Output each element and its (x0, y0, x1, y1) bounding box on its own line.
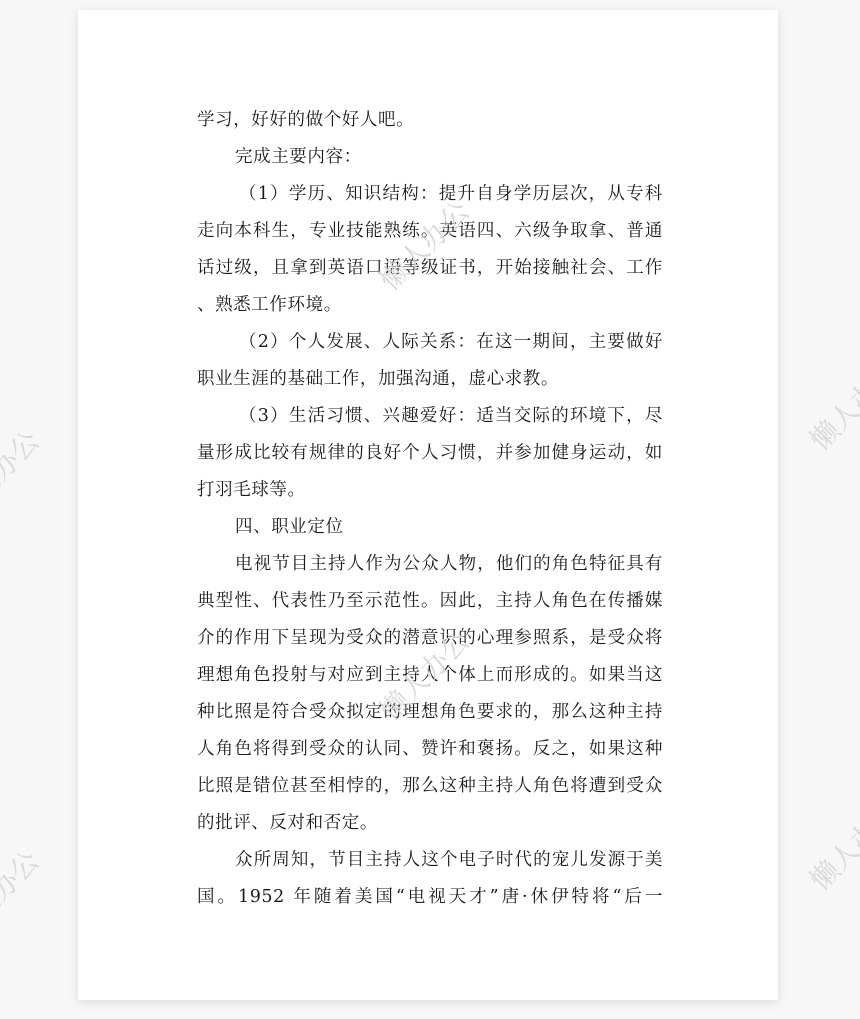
text-line: 四、职业定位 (197, 509, 663, 546)
text-line: 电视节目主持人作为公众人物，他们的角色特征具有 (197, 546, 663, 583)
text-line: 打羽毛球等。 (197, 472, 663, 509)
watermark-text: 懒人办公 (800, 351, 860, 458)
text-line: 介的作用下呈现为受众的潜意识的心理参照系，是受众将 (197, 620, 663, 657)
watermark-text: 懒人办公 (0, 841, 47, 948)
text-line: 、熟悉工作环境。 (197, 287, 663, 324)
text-line: （1）学历、知识结构：提升自身学历层次，从专科 (197, 176, 663, 213)
watermark-text: 懒人办公 (800, 791, 860, 898)
text-line: 人角色将得到受众的认同、赞许和褒扬。反之，如果这种 (197, 731, 663, 768)
text-line: 话过级，且拿到英语口语等级证书，开始接触社会、工作 (197, 250, 663, 287)
text-line: 量形成比较有规律的良好个人习惯，并参加健身运动，如 (197, 435, 663, 472)
text-line: 典型性、代表性乃至示范性。因此，主持人角色在传播媒 (197, 583, 663, 620)
text-line: 种比照是符合受众拟定的理想角色要求的，那么这种主持 (197, 694, 663, 731)
text-line: 比照是错位甚至相悖的，那么这种主持人角色将遭到受众 (197, 768, 663, 805)
text-line: 走向本科生，专业技能熟练。英语四、六级争取拿、普通 (197, 213, 663, 250)
text-line: （3）生活习惯、兴趣爱好：适当交际的环境下，尽 (197, 398, 663, 435)
document-body: 学习，好好的做个好人吧。完成主要内容：（1）学历、知识结构：提升自身学历层次，从… (197, 102, 663, 916)
text-line: 职业生涯的基础工作，加强沟通，虚心求教。 (197, 361, 663, 398)
text-line: 理想角色投射与对应到主持人个体上而形成的。如果当这 (197, 657, 663, 694)
text-line: 的批评、反对和否定。 (197, 805, 663, 842)
text-line: （2）个人发展、人际关系：在这一期间，主要做好 (197, 324, 663, 361)
document-page: 学习，好好的做个好人吧。完成主要内容：（1）学历、知识结构：提升自身学历层次，从… (78, 10, 778, 1000)
text-line: 完成主要内容： (197, 139, 663, 176)
text-line: 众所周知，节目主持人这个电子时代的宠儿发源于美 (197, 842, 663, 879)
text-line: 学习，好好的做个好人吧。 (197, 102, 663, 139)
watermark-text: 懒人办公 (0, 421, 47, 528)
text-line: 国。1952 年随着美国“电视天才”唐·休伊特将“后一 (197, 879, 663, 916)
